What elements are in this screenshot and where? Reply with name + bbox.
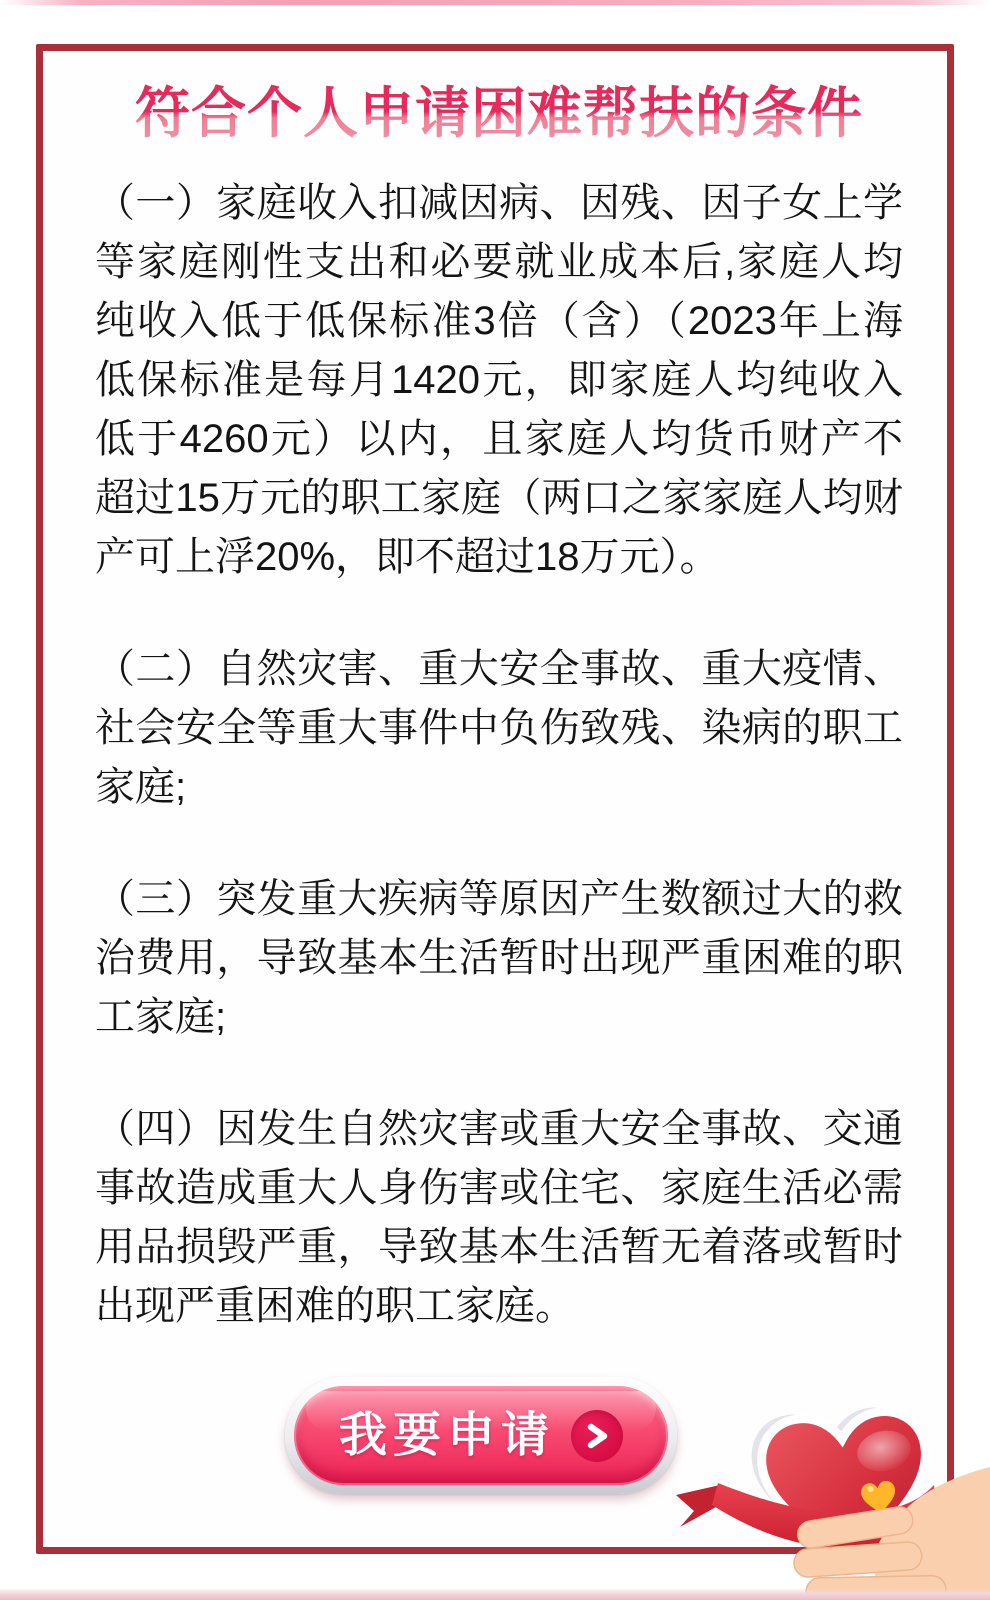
bottom-edge-banner	[0, 1588, 990, 1600]
chevron-right-icon	[583, 1420, 611, 1452]
apply-button[interactable]: 我要申请	[285, 1377, 677, 1494]
condition-paragraph-2: （二）自然灾害、重大安全事故、重大疫情、社会安全等重大事件中负伤致残、染病的职工…	[95, 640, 903, 817]
apply-button-face: 我要申请	[294, 1386, 668, 1485]
apply-button-label: 我要申请	[339, 1412, 555, 1460]
content-frame: 符合个人申请困难帮扶的条件 （一）家庭收入扣减因病、因残、因子女上学等家庭刚性支…	[36, 44, 954, 1554]
poster-page: 符合个人申请困难帮扶的条件 （一）家庭收入扣减因病、因残、因子女上学等家庭刚性支…	[0, 0, 990, 1600]
frame-content: 符合个人申请困难帮扶的条件 （一）家庭收入扣减因病、因残、因子女上学等家庭刚性支…	[43, 51, 947, 1547]
arrow-circle	[571, 1410, 623, 1462]
condition-paragraph-3: （三）突发重大疾病等原因产生数额过大的救治费用，导致基本生活暂时出现严重困难的职…	[95, 870, 903, 1047]
apply-button-row: 我要申请	[77, 1377, 885, 1494]
condition-paragraph-4: （四）因发生自然灾害或重大安全事故、交通事故造成重大人身伤害或住宅、家庭生活必需…	[95, 1100, 903, 1336]
top-edge-banner	[0, 0, 990, 5]
page-title: 符合个人申请困难帮扶的条件	[95, 82, 903, 144]
condition-paragraph-1: （一）家庭收入扣减因病、因残、因子女上学等家庭刚性支出和必要就业成本后,家庭人均…	[95, 174, 903, 587]
